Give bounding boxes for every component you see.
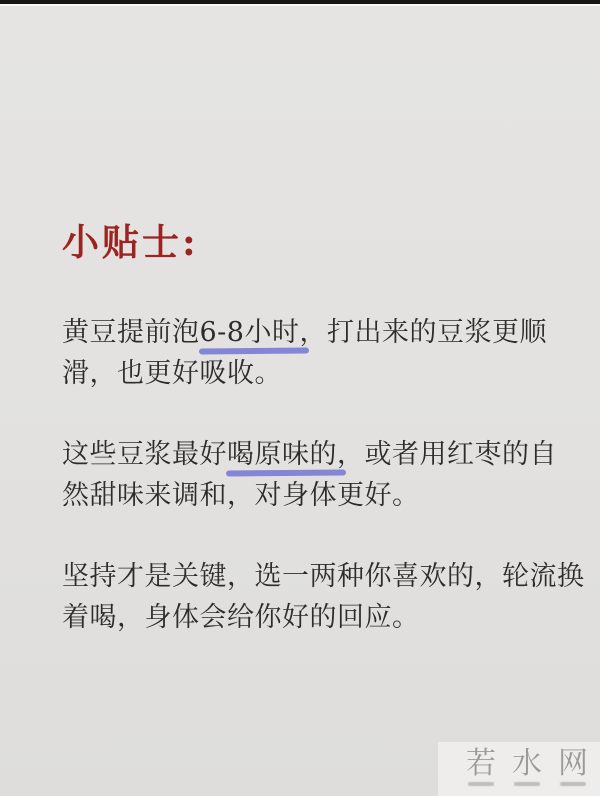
text-line: 坚持才是关键，选一两种你喜欢的，轮流换 <box>62 556 574 597</box>
watermark-character-block: 网 <box>558 748 588 786</box>
watermark-character-block: 若 <box>466 748 496 786</box>
underlined-text: 喝原味的 <box>227 434 337 475</box>
text-line: 然甜味来调和，对身体更好。 <box>62 475 574 516</box>
text-segment: 着喝，身体会给你好的回应。 <box>62 602 420 633</box>
text-line: 滑，也更好吸收。 <box>62 353 574 394</box>
text-segment: 滑，也更好吸收。 <box>62 358 282 389</box>
paragraph: 坚持才是关键，选一两种你喜欢的，轮流换着喝，身体会给你好的回应。 <box>62 556 574 638</box>
watermark-pinyin-smudge <box>468 782 494 786</box>
page-background: 小贴士: 黄豆提前泡6-8小时，打出来的豆浆更顺滑，也更好吸收。这些豆浆最好喝原… <box>0 0 600 796</box>
text-line: 这些豆浆最好喝原味的，或者用红枣的自 <box>62 434 574 475</box>
tips-title: 小贴士: <box>62 220 199 264</box>
watermark-character: 网 <box>558 748 588 780</box>
text-segment: ，或者用红枣的自 <box>337 439 557 470</box>
watermark-pinyin-smudge <box>560 782 586 786</box>
text-segment: 然甜味来调和，对身体更好。 <box>62 480 420 511</box>
top-highlight-strip <box>0 4 600 6</box>
text-line: 着喝，身体会给你好的回应。 <box>62 597 574 638</box>
underlined-text: 6-8小时 <box>200 312 300 353</box>
body-text: 黄豆提前泡6-8小时，打出来的豆浆更顺滑，也更好吸收。这些豆浆最好喝原味的，或者… <box>62 312 574 678</box>
watermark-character: 水 <box>512 748 542 780</box>
paragraph: 这些豆浆最好喝原味的，或者用红枣的自然甜味来调和，对身体更好。 <box>62 434 574 516</box>
text-line: 黄豆提前泡6-8小时，打出来的豆浆更顺 <box>62 312 574 353</box>
watermark-box: 若水网 <box>438 742 600 796</box>
watermark-pinyin-smudge <box>514 782 540 786</box>
text-segment: 坚持才是关键，选一两种你喜欢的，轮流换 <box>62 561 585 592</box>
text-segment: ，打出来的豆浆更顺 <box>299 317 547 348</box>
watermark-character: 若 <box>466 748 496 780</box>
watermark-character-block: 水 <box>512 748 542 786</box>
paragraph: 黄豆提前泡6-8小时，打出来的豆浆更顺滑，也更好吸收。 <box>62 312 574 394</box>
text-segment: 黄豆提前泡 <box>62 317 200 348</box>
text-segment: 这些豆浆最好 <box>62 439 227 470</box>
